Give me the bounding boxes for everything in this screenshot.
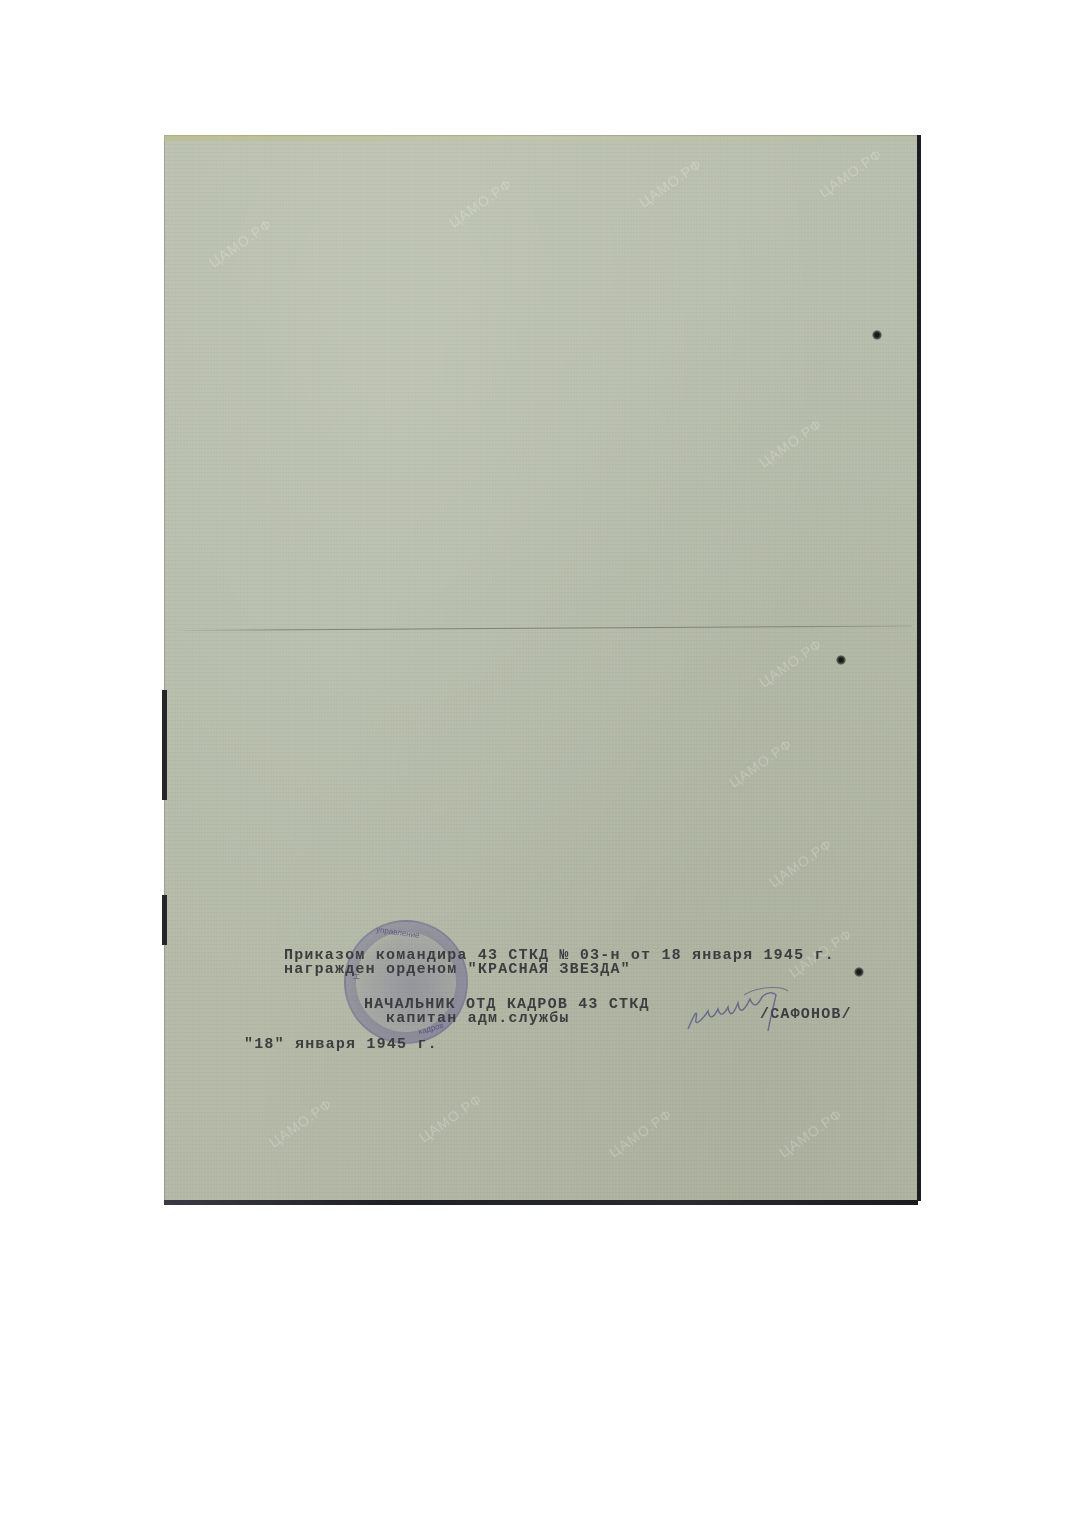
watermark: ЦАМО.РФ <box>446 176 515 231</box>
punch-hole <box>836 655 846 665</box>
watermark: ЦАМО.РФ <box>606 1106 675 1161</box>
watermark: ЦАМО.РФ <box>726 736 795 791</box>
fold-crease <box>170 625 912 631</box>
punch-hole <box>854 967 864 977</box>
signatory-title-line-2: капитан адм.службы <box>386 1011 570 1026</box>
watermark: ЦАМО.РФ <box>816 146 885 201</box>
watermark: ЦАМО.РФ <box>206 216 275 271</box>
date-line: "18" января 1945 г. <box>244 1037 438 1052</box>
watermark: ЦАМО.РФ <box>756 416 825 471</box>
document-page: ЦАМО.РФ ЦАМО.РФ ЦАМО.РФ ЦАМО.РФ ЦАМО.РФ … <box>164 135 918 1201</box>
paper-edge-bottom <box>164 1200 918 1205</box>
watermark: ЦАМО.РФ <box>766 836 835 891</box>
paper-edge-right <box>917 135 921 1201</box>
watermark: ЦАМО.РФ <box>776 1106 845 1161</box>
award-order-line-2: награжден орденом "КРАСНАЯ ЗВЕЗДА" <box>284 962 631 977</box>
paper-edge-top <box>164 135 918 141</box>
handwritten-signature <box>684 985 794 1035</box>
watermark: ЦАМО.РФ <box>416 1091 485 1146</box>
stamp-text-top: управление <box>376 925 421 940</box>
paper-edge-left-tear <box>162 895 167 945</box>
paper-edge-left-tear <box>162 690 167 800</box>
watermark: ЦАМО.РФ <box>636 156 705 211</box>
watermark: ЦАМО.РФ <box>756 636 825 691</box>
watermark: ЦАМО.РФ <box>266 1096 335 1151</box>
punch-hole <box>872 330 882 340</box>
